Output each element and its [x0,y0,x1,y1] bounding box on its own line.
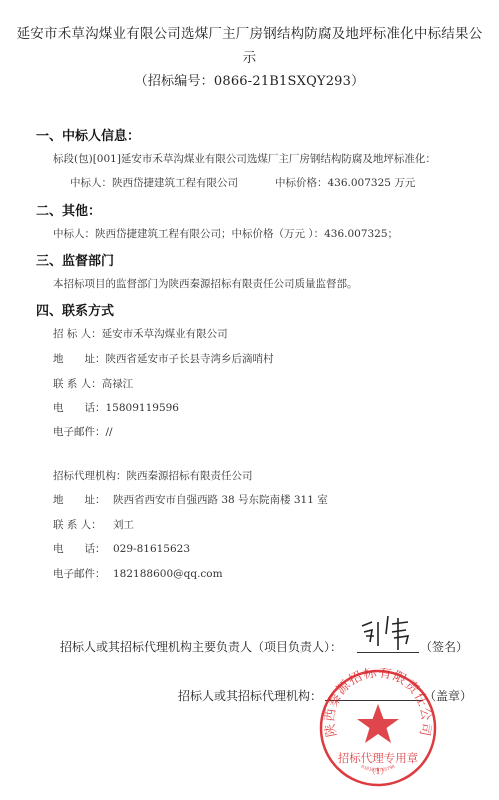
official-seal-stamp: 陕西秦源招标有限责任公司 招标代理专用章 （1） 6101030765798 [318,668,438,788]
agency-contact: 刘工 [113,519,134,531]
agency-phone: 029-81615623 [113,543,190,555]
tenderer-name-row: 招 标 人：延安市禾草沟煤业有限公司 [53,326,228,341]
section-heading-contact: 四、联系方式 [36,300,114,319]
agency-email-label: 电子邮件： [53,566,113,581]
tenderer-email: // [106,426,113,438]
tenderer-phone: 15809119596 [106,402,180,414]
tenderer-email-row: 电子邮件：// [53,424,113,439]
supervision-text: 本招标项目的监督部门为陕西秦源招标有限责任公司质量监督部。 [53,276,358,291]
agency-address-label: 地 址： [53,492,113,507]
section-heading-winner-info: 一、中标人信息： [36,125,140,144]
tenderer-address: 陕西省延安市子长县寺湾乡后滴哨村 [106,353,274,365]
svg-text:招标代理专用章: 招标代理专用章 [338,751,419,765]
agency-email: 182188600@qq.com [113,568,223,580]
winner-price: 中标价格：436.007325 万元 [275,175,415,190]
bid-number: （招标编号：0866-21B1SXQY293） [0,70,499,89]
tenderer-name: 延安市禾草沟煤业有限公司 [102,328,228,340]
winner-name: 中标人：陕西岱捷建筑工程有限公司 [70,175,238,190]
agency-contact-label: 联 系 人： [53,517,113,532]
sign-suffix: （签名） [420,638,468,655]
organization-seal-label: 招标人或其招标代理机构： [178,687,322,704]
section-heading-other: 二、其他： [36,200,101,219]
signature-underline [357,652,419,653]
section-heading-supervision: 三、监督部门 [36,250,114,269]
tenderer-email-label: 电子邮件： [53,424,106,439]
agency-name-label: 招标代理机构： [53,468,127,483]
tenderer-name-label: 招 标 人： [53,326,102,341]
agency-phone-row: 电 话：029-81615623 [53,541,190,556]
agency-email-row: 电子邮件：182188600@qq.com [53,566,223,581]
signature-scribble-icon [358,612,418,652]
agency-address: 陕西省西安市自强西路 38 号东院南楼 311 室 [113,494,328,506]
handwritten-signature [358,612,418,652]
document-title-line2: 示 [0,46,499,66]
responsible-person-label: 招标人或其招标代理机构主要负责人（项目负责人）： [60,638,342,655]
lot-description: 标段(包)[001]延安市禾草沟煤业有限公司选煤厂主厂房钢结构防腐及地坪标准化： [53,151,436,166]
tenderer-contact: 高禄江 [102,378,134,390]
tenderer-contact-row: 联 系 人：高禄江 [53,376,133,391]
svg-text:6101030765798: 6101030765798 [360,764,396,774]
tenderer-address-row: 地 址：陕西省延安市子长县寺湾乡后滴哨村 [53,351,274,366]
agency-phone-label: 电 话： [53,541,113,556]
agency-name-row: 招标代理机构：陕西秦源招标有限责任公司 [53,468,253,483]
agency-name: 陕西秦源招标有限责任公司 [127,470,253,482]
seal-star-icon: 陕西秦源招标有限责任公司 招标代理专用章 （1） 6101030765798 [318,668,438,788]
agency-address-row: 地 址：陕西省西安市自强西路 38 号东院南楼 311 室 [53,492,328,507]
tenderer-phone-label: 电 话： [53,400,106,415]
agency-contact-row: 联 系 人：刘工 [53,517,134,532]
tenderer-address-label: 地 址： [53,351,106,366]
other-summary: 中标人：陕西岱捷建筑工程有限公司；中标价格（万元 ）：436.007325； [53,226,398,241]
tenderer-phone-row: 电 话：15809119596 [53,400,179,415]
document-title-line1: 延安市禾草沟煤业有限公司选煤厂主厂房钢结构防腐及地坪标准化中标结果公 [0,22,499,42]
tenderer-contact-label: 联 系 人： [53,376,102,391]
